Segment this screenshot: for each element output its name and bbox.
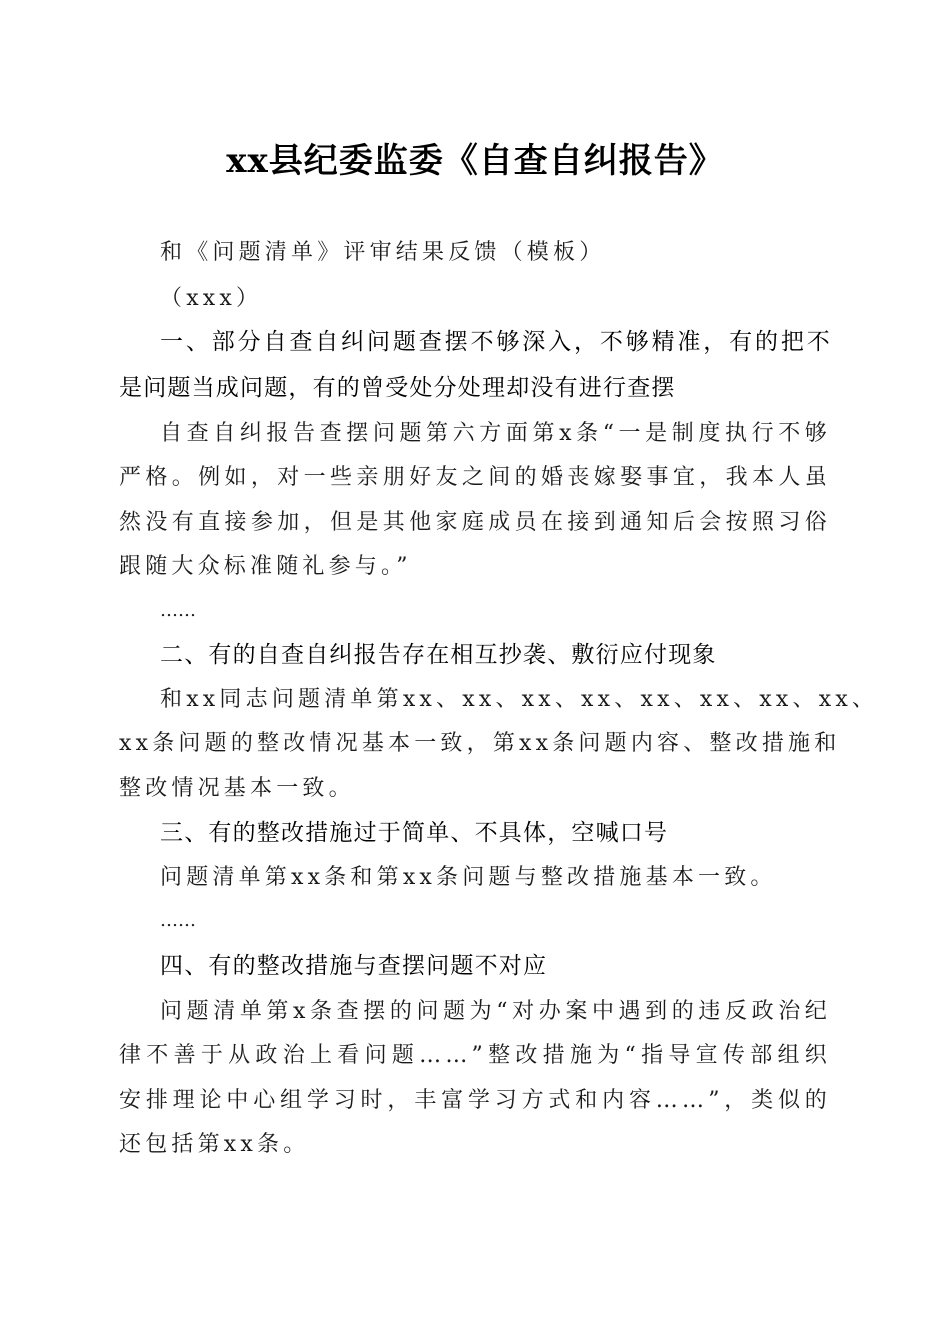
section-3-heading: 三、有的整改措施过于简单、不具体，空喊口号	[160, 818, 831, 848]
section-2-body-line-2: xx条问题的整改情况基本一致，第xx条问题内容、整改措施和	[119, 729, 831, 759]
section-1-body-line-3: 然没有直接参加，但是其他家庭成员在接到通知后会按照习俗	[119, 508, 831, 538]
section-1-heading-line-1: 一、部分自查自纠问题查摆不够深入，不够精准，有的把不	[160, 327, 831, 357]
section-4-body-line-4: 还包括第xx条。	[119, 1130, 831, 1160]
section-4-heading: 四、有的整改措施与查摆问题不对应	[160, 951, 831, 981]
document-author: （xxx）	[160, 284, 831, 314]
section-4-body-line-3: 安排理论中心组学习时，丰富学习方式和内容……”，类似的	[119, 1086, 831, 1116]
section-1-body-line-1: 自查自纠报告查摆问题第六方面第x条“一是制度执行不够	[160, 419, 831, 449]
document-page: xx县纪委监委《自查自纠报告》 和《问题清单》评审结果反馈（模板） （xxx） …	[0, 0, 950, 1344]
document-subtitle: 和《问题清单》评审结果反馈（模板）	[160, 238, 831, 268]
section-3-ellipsis: ……	[160, 906, 831, 936]
section-1-body-line-4: 跟随大众标准随礼参与。”	[119, 552, 831, 582]
section-2-heading: 二、有的自查自纠报告存在相互抄袭、敷衍应付现象	[160, 640, 831, 670]
section-2-body-line-1: 和xx同志问题清单第xx、xx、xx、xx、xx、xx、xx、xx、	[160, 685, 831, 715]
document-title: xx县纪委监委《自查自纠报告》	[0, 136, 950, 186]
section-1-heading-line-2: 是问题当成问题，有的曾受处分处理却没有进行查摆	[119, 373, 831, 403]
section-4-body-line-1: 问题清单第x条查摆的问题为“对办案中遇到的违反政治纪	[160, 997, 831, 1027]
section-1-ellipsis: ……	[160, 596, 831, 626]
section-1-body-line-2: 严格。例如，对一些亲朋好友之间的婚丧嫁娶事宜，我本人虽	[119, 463, 831, 493]
section-4-body-line-2: 律不善于从政治上看问题……”整改措施为“指导宣传部组织	[119, 1041, 831, 1071]
section-2-body-line-3: 整改情况基本一致。	[119, 774, 831, 804]
section-3-body-line-1: 问题清单第xx条和第xx条问题与整改措施基本一致。	[160, 863, 831, 893]
